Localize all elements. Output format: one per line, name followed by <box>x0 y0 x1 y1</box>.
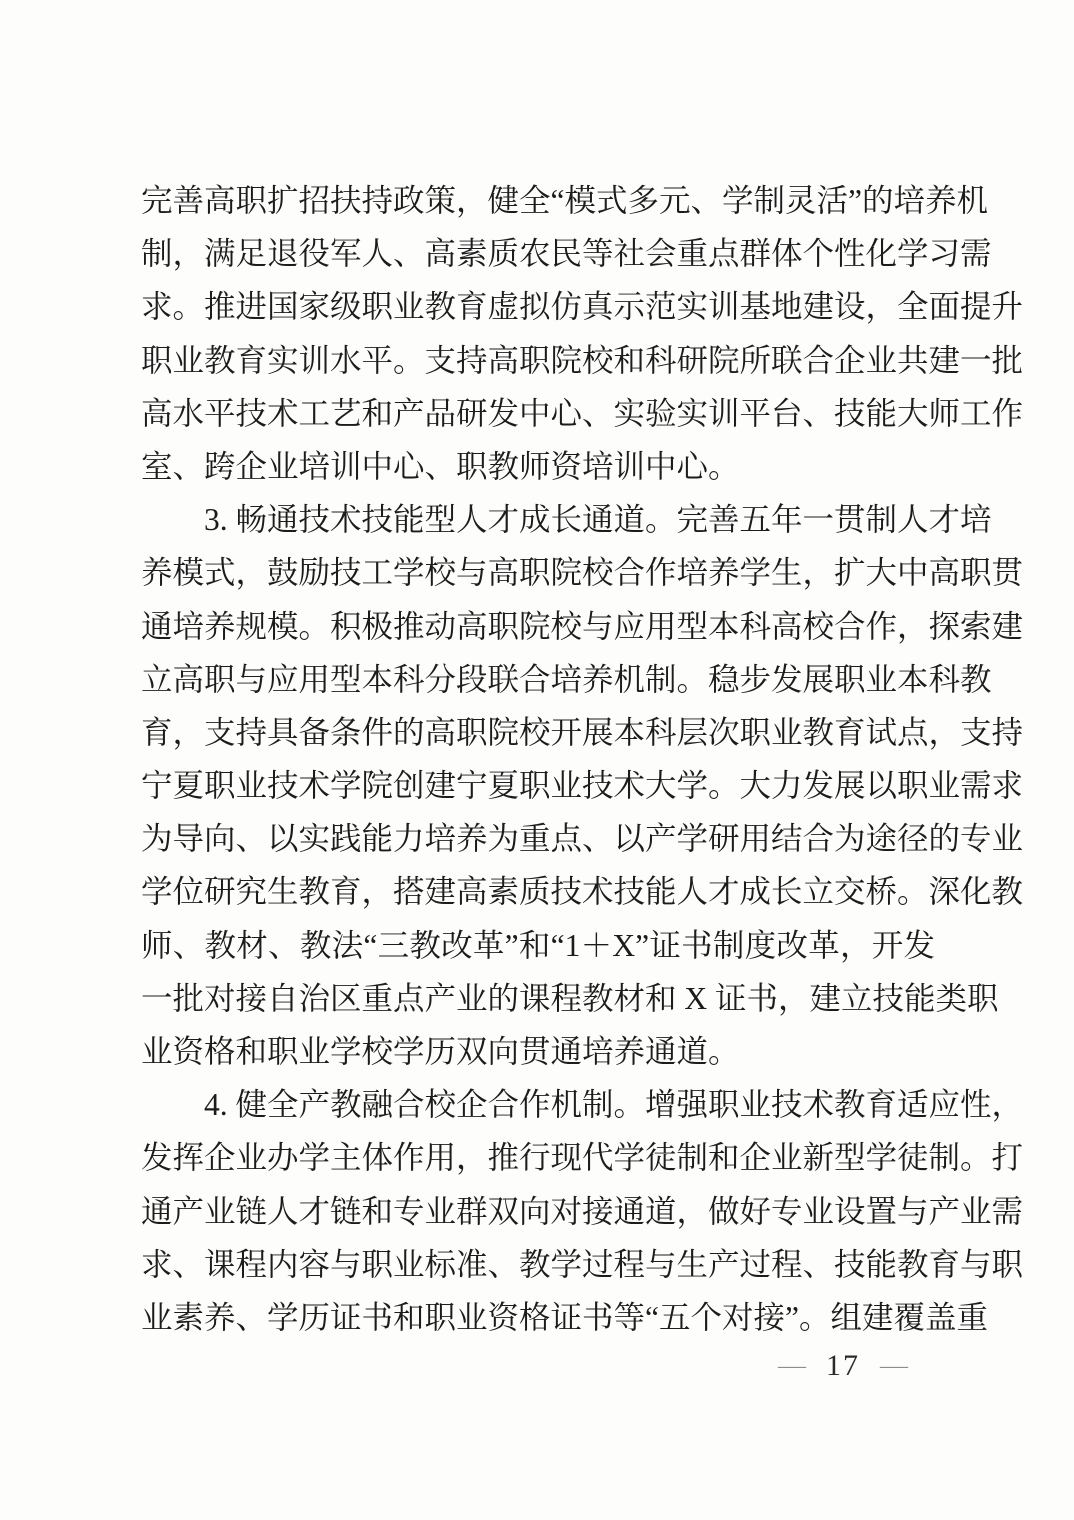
text-line: 业资格和职业学校学历双向贯通培养通道。 <box>141 1025 935 1078</box>
text-line: 育，支持具备条件的高职院校开展本科层次职业教育试点，支持 <box>141 706 935 759</box>
page-number: 17 <box>826 1346 860 1386</box>
text-line: 一批对接自治区重点产业的课程教材和 X 证书，建立技能类职 <box>141 972 935 1025</box>
text-line: 师、教材、教法“三教改革”和“1＋X”证书制度改革，开发 <box>141 919 935 972</box>
paragraph-item-3: 3. 畅通技术技能型人才成长通道。完善五年一贯制人才培 养模式，鼓励技工学校与高… <box>141 493 935 1078</box>
footer-dash-right: — <box>880 1350 908 1382</box>
text-line: 4. 健全产教融合校企合作机制。增强职业技术教育适应性， <box>141 1078 935 1131</box>
text-line: 室、跨企业培训中心、职教师资培训中心。 <box>141 440 935 493</box>
text-line: 职业教育实训水平。支持高职院校和科研院所联合企业共建一批 <box>141 334 935 387</box>
text-line: 高水平技术工艺和产品研发中心、实验实训平台、技能大师工作 <box>141 387 935 440</box>
text-line: 通产业链人才链和专业群双向对接通道，做好专业设置与产业需 <box>141 1185 935 1238</box>
document-body: 完善高职扩招扶持政策，健全“模式多元、学制灵活”的培养机 制，满足退役军人、高素… <box>141 174 935 1344</box>
paragraph-item-4: 4. 健全产教融合校企合作机制。增强职业技术教育适应性， 发挥企业办学主体作用，… <box>141 1078 935 1344</box>
footer-dash-left: — <box>778 1350 806 1382</box>
text-line: 发挥企业办学主体作用，推行现代学徒制和企业新型学徒制。打 <box>141 1131 935 1184</box>
text-line: 求、课程内容与职业标准、教学过程与生产过程、技能教育与职 <box>141 1238 935 1291</box>
text-line: 宁夏职业技术学院创建宁夏职业技术大学。大力发展以职业需求 <box>141 759 935 812</box>
text-line: 完善高职扩招扶持政策，健全“模式多元、学制灵活”的培养机 <box>141 174 935 227</box>
page-footer: — 17 — <box>778 1346 908 1386</box>
text-line: 学位研究生教育，搭建高素质技术技能人才成长立交桥。深化教 <box>141 865 935 918</box>
text-line: 养模式，鼓励技工学校与高职院校合作培养学生，扩大中高职贯 <box>141 546 935 599</box>
text-line: 3. 畅通技术技能型人才成长通道。完善五年一贯制人才培 <box>141 493 935 546</box>
paragraph-continuation: 完善高职扩招扶持政策，健全“模式多元、学制灵活”的培养机 制，满足退役军人、高素… <box>141 174 935 493</box>
text-line: 求。推进国家级职业教育虚拟仿真示范实训基地建设，全面提升 <box>141 280 935 333</box>
text-line: 业素养、学历证书和职业资格证书等“五个对接”。组建覆盖重 <box>141 1291 935 1344</box>
text-line: 通培养规模。积极推动高职院校与应用型本科高校合作，探索建 <box>141 600 935 653</box>
text-line: 为导向、以实践能力培养为重点、以产学研用结合为途径的专业 <box>141 812 935 865</box>
text-line: 立高职与应用型本科分段联合培养机制。稳步发展职业本科教 <box>141 653 935 706</box>
text-line: 制，满足退役军人、高素质农民等社会重点群体个性化学习需 <box>141 227 935 280</box>
document-page: 完善高职扩招扶持政策，健全“模式多元、学制灵活”的培养机 制，满足退役军人、高素… <box>0 0 1074 1520</box>
